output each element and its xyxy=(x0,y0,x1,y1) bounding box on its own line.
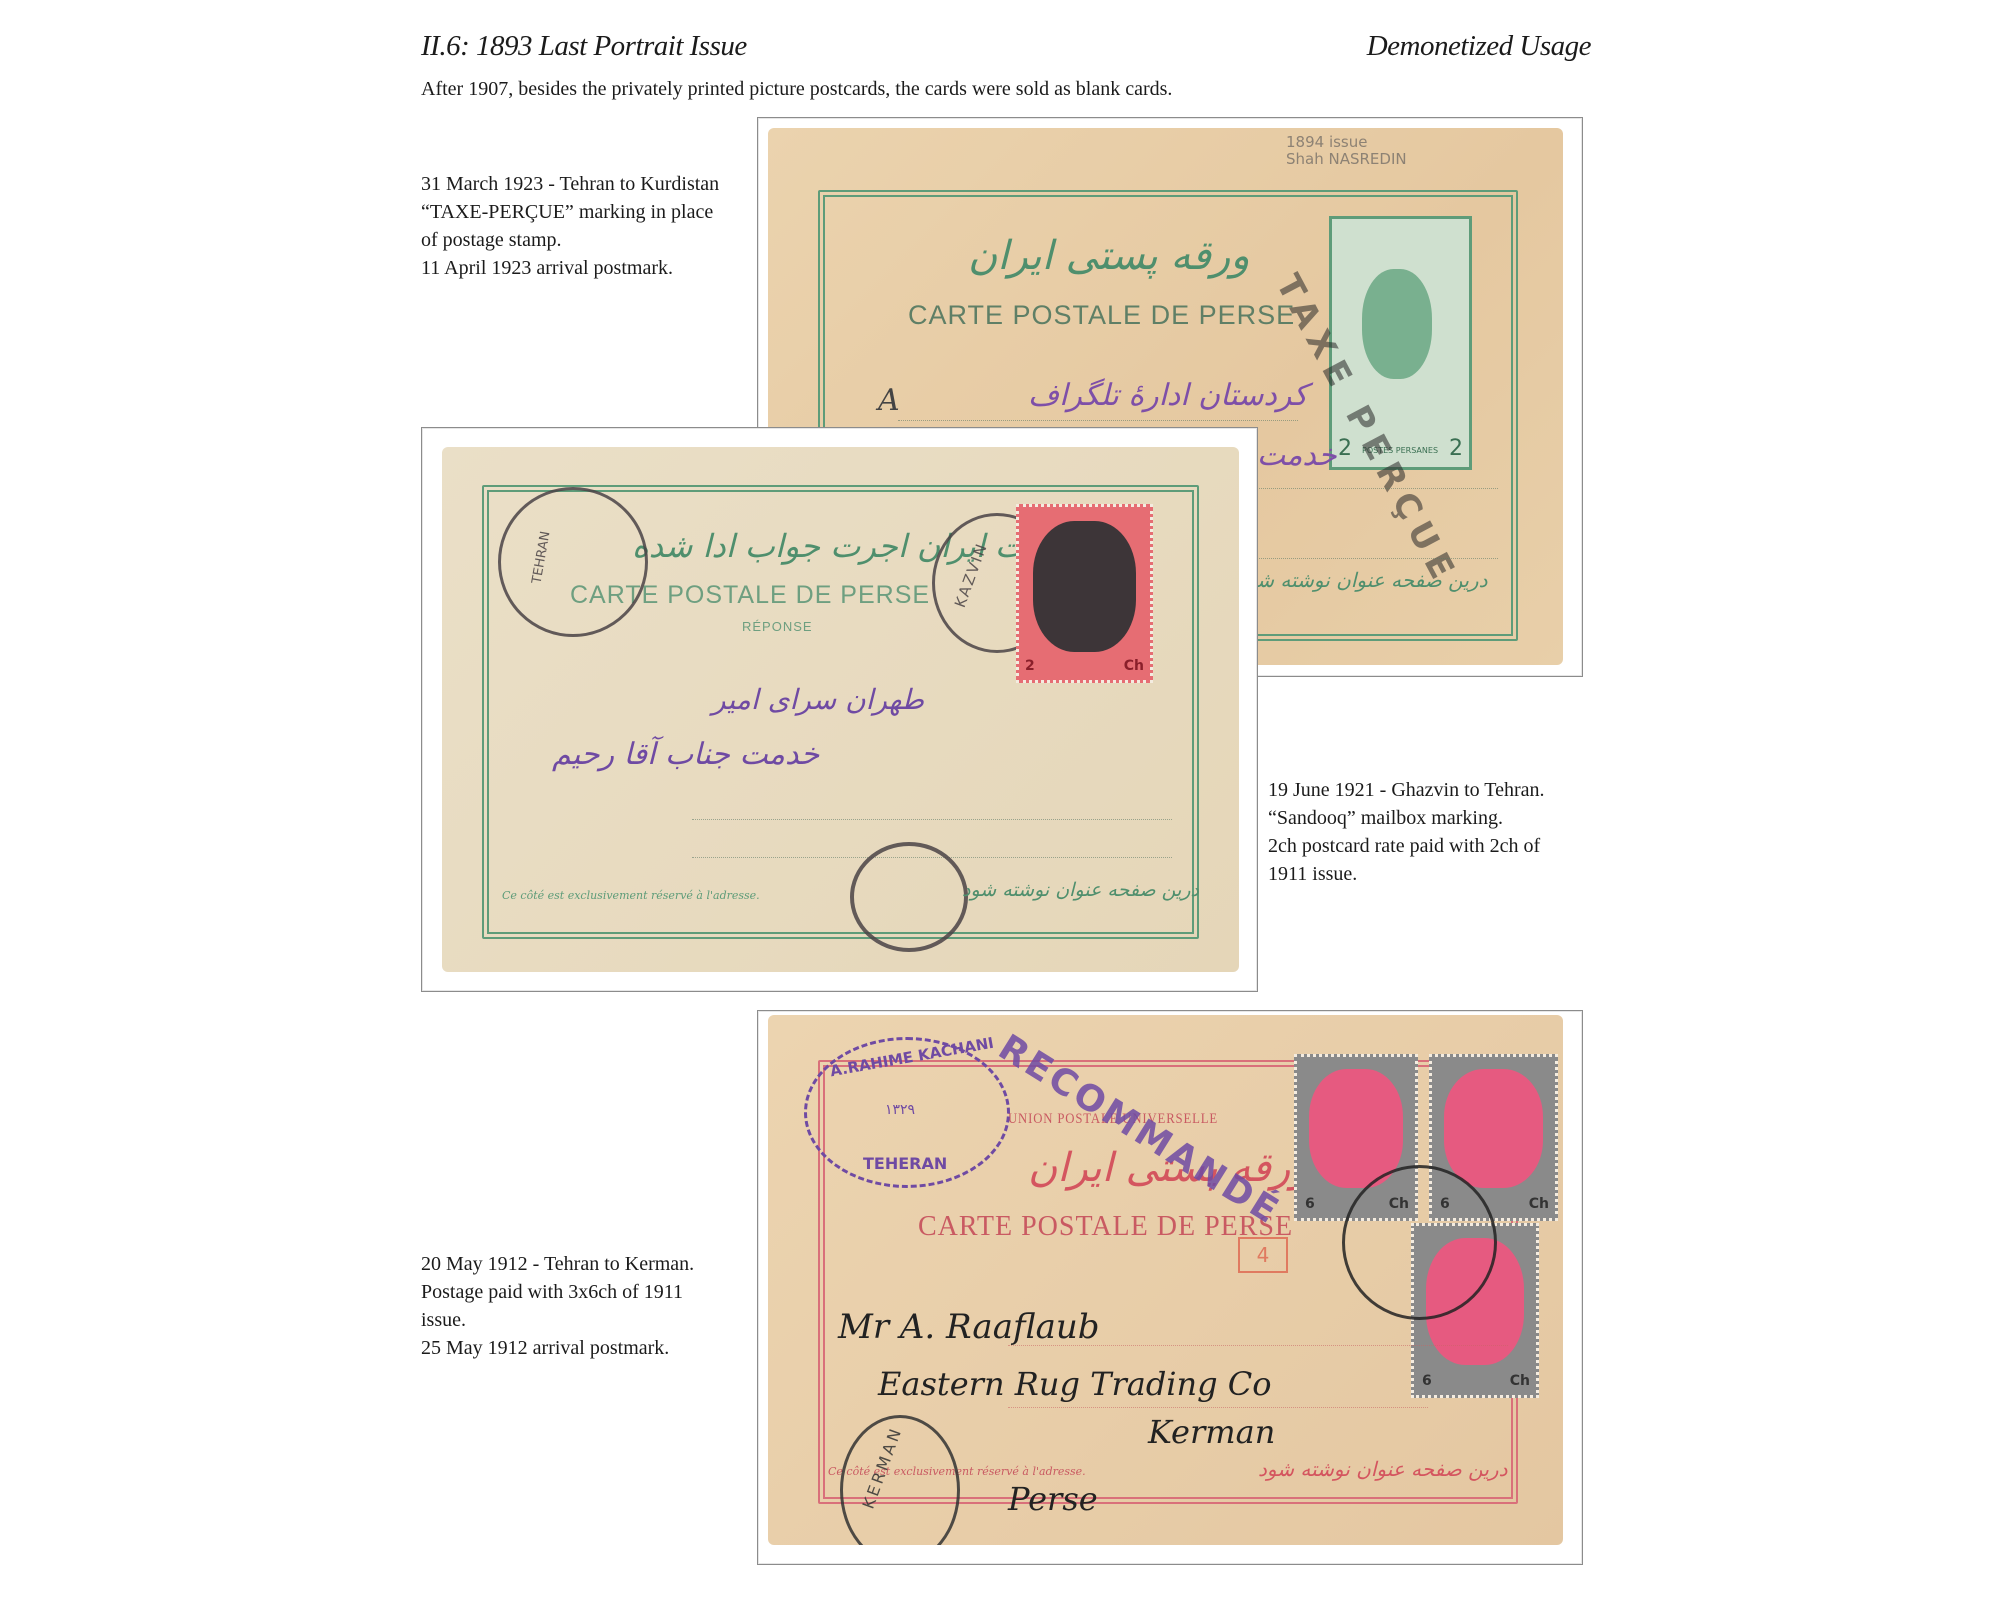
caption-line: of postage stamp. xyxy=(421,226,719,254)
card-subtitle: RÉPONSE xyxy=(742,619,813,634)
page-section-title: II.6: 1893 Last Portrait Issue xyxy=(421,30,747,63)
card-persian-title: ورقه پستی ایران xyxy=(968,233,1250,279)
sender-cachet: A.RAHIME KACHANI TEHERAN ۱۳۲۹ xyxy=(804,1037,1010,1188)
caption-line: 19 June 1921 - Ghazvin to Tehran. xyxy=(1268,776,1545,804)
tehran-postmark: TEHRAN xyxy=(498,487,648,637)
postcard-3: UNION POSTALE UNIVERSELLE ورقه پستی ایرا… xyxy=(768,1015,1563,1545)
address-line xyxy=(898,420,1298,421)
address-line xyxy=(1008,1345,1508,1346)
postcard-2: ورقه پست ایران اجرت جواب ادا شده CARTE P… xyxy=(442,447,1239,972)
card-footer-persian: درین صفحه عنوان نوشته شود xyxy=(962,879,1199,901)
handwritten-address-3: Kerman xyxy=(1148,1413,1275,1451)
exhibit-frame-3: UNION POSTALE UNIVERSELLE ورقه پستی ایرا… xyxy=(757,1010,1583,1565)
handwritten-address-1: Mr A. Raaflaub xyxy=(838,1307,1100,1347)
intro-text: After 1907, besides the privately printe… xyxy=(421,78,1172,101)
handwritten-address-1: طهران سرای امیر xyxy=(712,683,924,716)
caption-exhibit-2: 19 June 1921 - Ghazvin to Tehran. “Sando… xyxy=(1268,776,1545,888)
imprinted-value: 4 xyxy=(1238,1237,1288,1273)
portrait-icon xyxy=(1033,521,1136,652)
card-footer-persian: درین صفحه عنوان نوشته شود xyxy=(1238,568,1487,592)
portrait-icon xyxy=(1444,1069,1543,1188)
caption-line: 20 May 1912 - Tehran to Kerman. xyxy=(421,1250,694,1278)
card-footer-persian: درین صفحه عنوان نوشته شود xyxy=(1258,1457,1507,1481)
card-french-title: CARTE POSTALE DE PERSE xyxy=(908,300,1295,331)
caption-line: issue. xyxy=(421,1306,694,1334)
caption-line: “TAXE-PERÇUE” marking in place xyxy=(421,198,719,226)
caption-line: “Sandooq” mailbox marking. xyxy=(1268,804,1545,832)
caption-line: 11 April 1923 arrival postmark. xyxy=(421,254,719,282)
card-footer-note: Ce côté est exclusivement réservé à l'ad… xyxy=(502,889,760,902)
exhibit-frame-2: ورقه پست ایران اجرت جواب ادا شده CARTE P… xyxy=(421,427,1258,992)
handwritten-address-4: Perse xyxy=(1008,1480,1098,1518)
sandooq-mailbox-marking xyxy=(850,842,968,952)
caption-line: 2ch postcard rate paid with 2ch of xyxy=(1268,832,1545,860)
caption-line: Postage paid with 3x6ch of 1911 xyxy=(421,1278,694,1306)
caption-exhibit-1: 31 March 1923 - Tehran to Kurdistan “TAX… xyxy=(421,170,719,282)
address-prefix: A xyxy=(878,383,900,418)
caption-line: 1911 issue. xyxy=(1268,860,1545,888)
stamp-2ch: 2 Ch xyxy=(1016,504,1153,683)
caption-line: 31 March 1923 - Tehran to Kurdistan xyxy=(421,170,719,198)
caption-exhibit-3: 20 May 1912 - Tehran to Kerman. Postage … xyxy=(421,1250,694,1362)
caption-line: 25 May 1912 arrival postmark. xyxy=(421,1334,694,1362)
handwritten-address-2: خدمت جناب آقا رحیم xyxy=(552,737,819,772)
address-line xyxy=(692,819,1172,820)
handwritten-address-2: Eastern Rug Trading Co xyxy=(878,1365,1272,1403)
pencil-note: 1894 issue Shah NASREDIN xyxy=(1286,134,1407,168)
page-category-title: Demonetized Usage xyxy=(1367,30,1591,63)
address-line xyxy=(1008,1407,1428,1408)
portrait-icon xyxy=(1362,269,1432,379)
handwritten-address-1: کردستان ادارهٔ تلگراف xyxy=(1028,378,1308,413)
tehran-departure-postmark xyxy=(1342,1165,1497,1320)
